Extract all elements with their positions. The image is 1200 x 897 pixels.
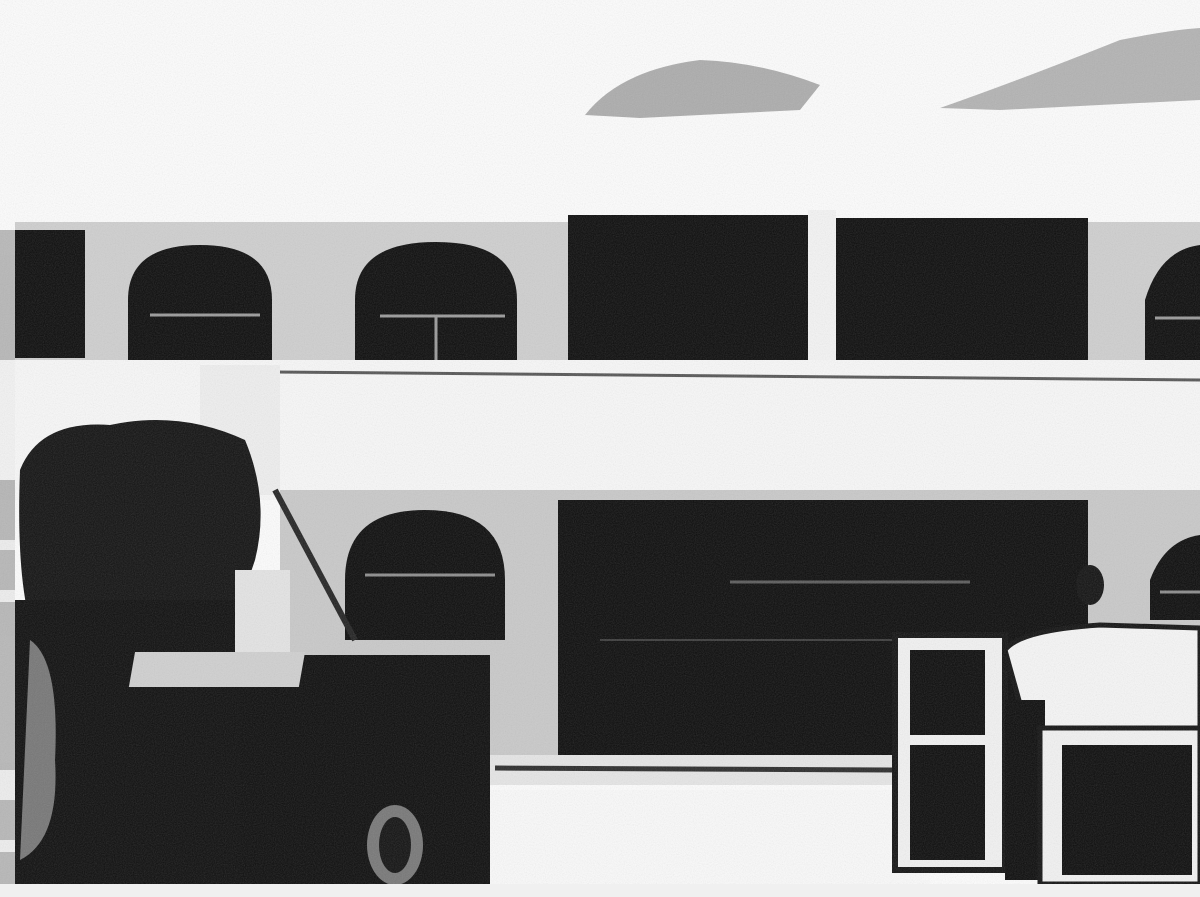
bottom-border: [0, 884, 1200, 897]
building-scene: [0, 0, 1200, 897]
newspaper-photo: [0, 0, 1200, 897]
